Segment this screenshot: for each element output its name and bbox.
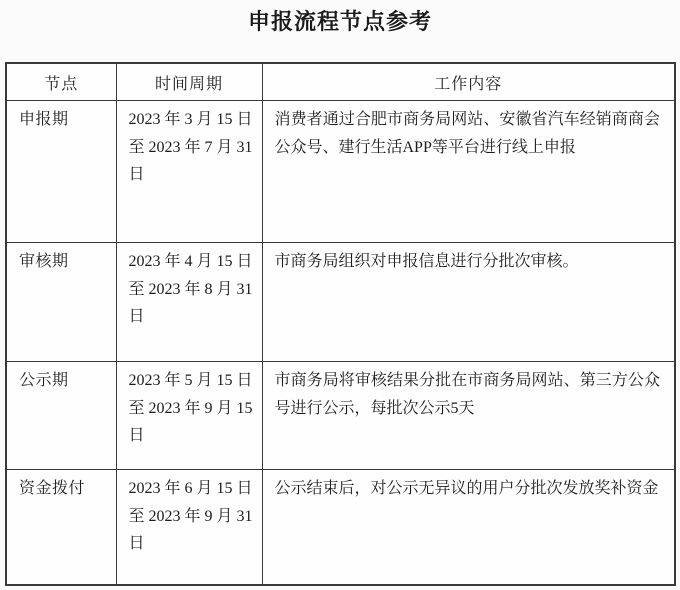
table-row: 公示期 2023 年 5 月 15 日 至 2023 年 9 月 15 日 市商… <box>6 362 675 470</box>
cell-content: 市商务局组织对申报信息进行分批次审核。 <box>262 243 675 362</box>
table-row: 资金拨付 2023 年 6 月 15 日 至 2023 年 9 月 31 日 公… <box>6 470 675 585</box>
cell-period: 2023 年 5 月 15 日 至 2023 年 9 月 15 日 <box>116 362 262 470</box>
cell-content: 市商务局将审核结果分批在市商务局网站、第三方公众号进行公示，每批次公示5天 <box>262 362 675 470</box>
page-title: 申报流程节点参考 <box>0 0 680 36</box>
header-cell-period: 时间周期 <box>116 63 262 101</box>
table-header-row: 节点 时间周期 工作内容 <box>6 63 675 101</box>
cell-node: 审核期 <box>6 243 116 362</box>
table-row: 申报期 2023 年 3 月 15 日 至 2023 年 7 月 31 日 消费… <box>6 101 675 243</box>
header-cell-content: 工作内容 <box>262 63 675 101</box>
header-cell-node: 节点 <box>6 63 116 101</box>
process-table: 节点 时间周期 工作内容 申报期 2023 年 3 月 15 日 至 2023 … <box>5 62 676 586</box>
cell-content: 消费者通过合肥市商务局网站、安徽省汽车经销商商会公众号、建行生活APP等平台进行… <box>262 101 675 243</box>
cell-period: 2023 年 4 月 15 日 至 2023 年 8 月 31 日 <box>116 243 262 362</box>
cell-period: 2023 年 3 月 15 日 至 2023 年 7 月 31 日 <box>116 101 262 243</box>
cell-content: 公示结束后，对公示无异议的用户分批次发放奖补资金 <box>262 470 675 585</box>
cell-node: 公示期 <box>6 362 116 470</box>
cell-node: 资金拨付 <box>6 470 116 585</box>
document-page: 申报流程节点参考 节点 时间周期 工作内容 申报期 2023 年 3 月 15 … <box>0 0 680 590</box>
table-row: 审核期 2023 年 4 月 15 日 至 2023 年 8 月 31 日 市商… <box>6 243 675 362</box>
cell-period: 2023 年 6 月 15 日 至 2023 年 9 月 31 日 <box>116 470 262 585</box>
cell-node: 申报期 <box>6 101 116 243</box>
